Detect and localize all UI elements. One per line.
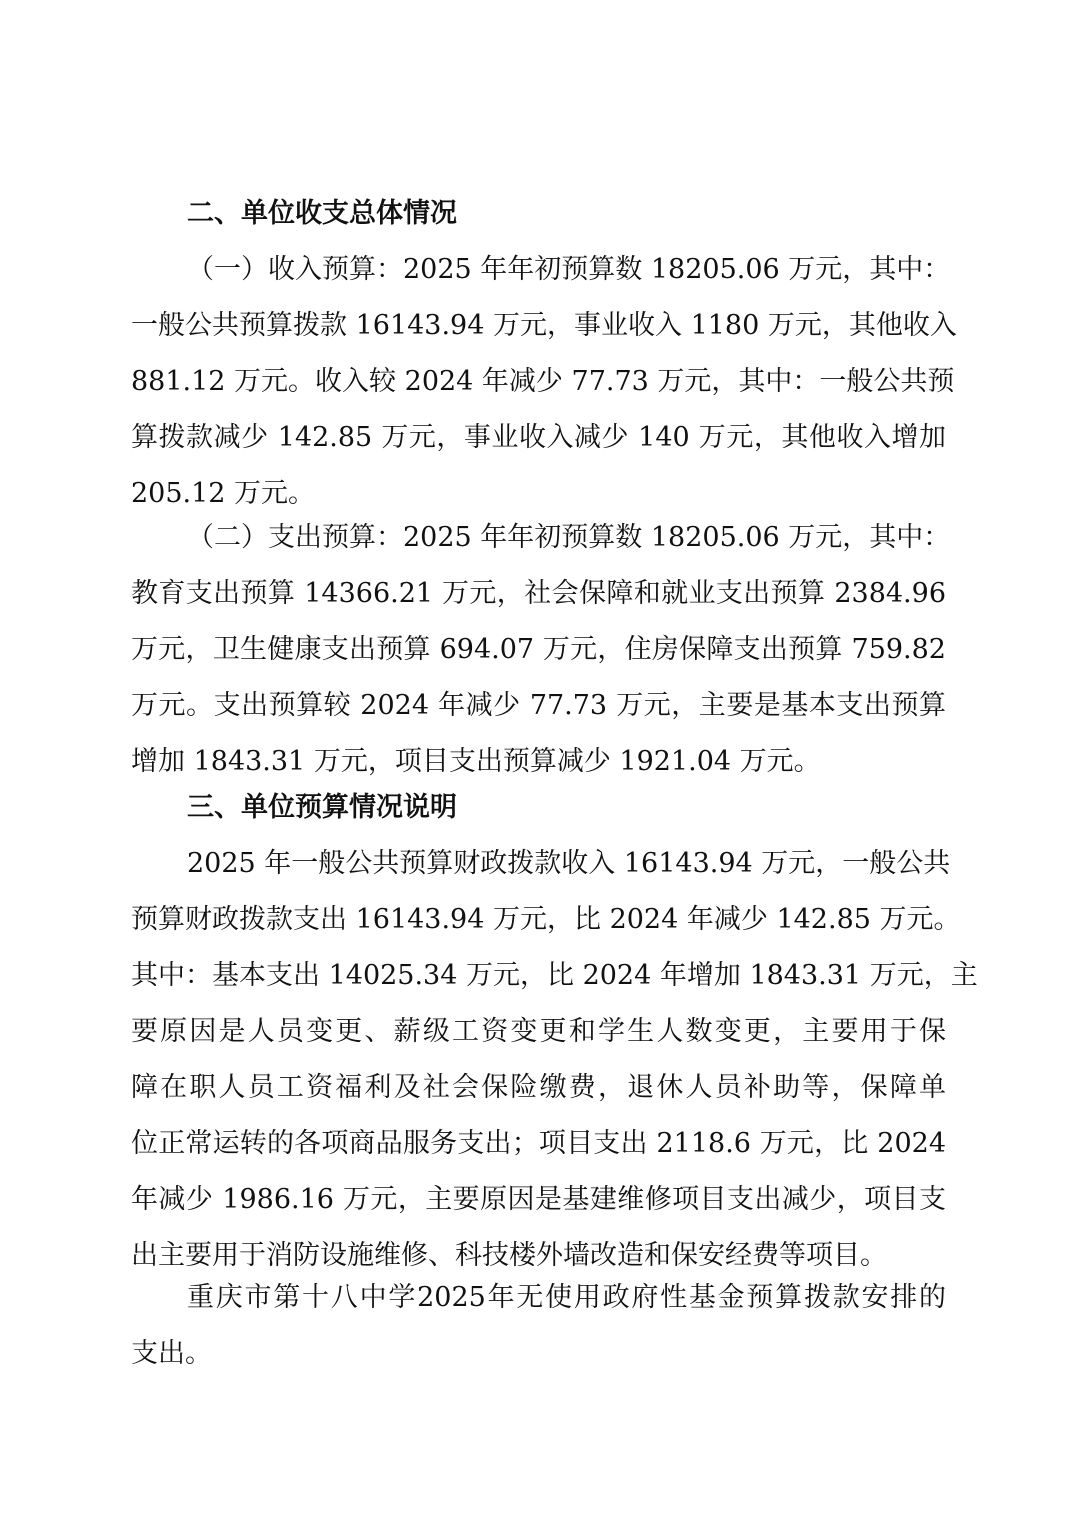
paragraph-line: 支出。 [131,1326,946,1382]
paragraph-line: 其中：基本支出 14025.34 万元，比 2024 年增加 1843.31 万… [131,948,946,1004]
paragraph-line: 万元。支出预算较 2024 年减少 77.73 万元，主要是基本支出预算 [131,678,946,734]
section-heading-budget-explanation: 三、单位预算情况说明 [187,780,457,836]
section-heading-overall-income-expenditure: 二、单位收支总体情况 [187,186,457,242]
expenditure-budget-paragraph: （二）支出预算：2025 年年初预算数 18205.06 万元，其中： 教育支出… [131,510,946,790]
paragraph-line: 算拨款减少 142.85 万元，事业收入减少 140 万元，其他收入增加 [131,410,946,466]
paragraph-line: 位正常运转的各项商品服务支出；项目支出 2118.6 万元，比 2024 [131,1116,946,1172]
paragraph-line: 2025 年一般公共预算财政拨款收入 16143.94 万元，一般公共 [131,836,946,892]
paragraph-line: 要原因是人员变更、薪级工资变更和学生人数变更，主要用于保 [131,1004,946,1060]
paragraph-line: （二）支出预算：2025 年年初预算数 18205.06 万元，其中： [131,510,946,566]
paragraph-line: 教育支出预算 14366.21 万元，社会保障和就业支出预算 2384.96 [131,566,946,622]
paragraph-line: 一般公共预算拨款 16143.94 万元，事业收入 1180 万元，其他收入 [131,298,946,354]
general-public-budget-paragraph: 2025 年一般公共预算财政拨款收入 16143.94 万元，一般公共 预算财政… [131,836,946,1284]
paragraph-line: （一）收入预算：2025 年年初预算数 18205.06 万元，其中： [131,242,946,298]
document-page: 二、单位收支总体情况 （一）收入预算：2025 年年初预算数 18205.06 … [0,0,1074,1520]
paragraph-line: 障在职人员工资福利及社会保险缴费，退休人员补助等，保障单 [131,1060,946,1116]
income-budget-paragraph: （一）收入预算：2025 年年初预算数 18205.06 万元，其中： 一般公共… [131,242,946,522]
paragraph-line: 重庆市第十八中学2025年无使用政府性基金预算拨款安排的 [131,1270,946,1326]
paragraph-line: 预算财政拨款支出 16143.94 万元，比 2024 年减少 142.85 万… [131,892,946,948]
government-fund-paragraph: 重庆市第十八中学2025年无使用政府性基金预算拨款安排的 支出。 [131,1270,946,1382]
paragraph-line: 年减少 1986.16 万元，主要原因是基建维修项目支出减少，项目支 [131,1172,946,1228]
paragraph-line: 881.12 万元。收入较 2024 年减少 77.73 万元，其中：一般公共预 [131,354,946,410]
paragraph-line: 万元，卫生健康支出预算 694.07 万元，住房保障支出预算 759.82 [131,622,946,678]
